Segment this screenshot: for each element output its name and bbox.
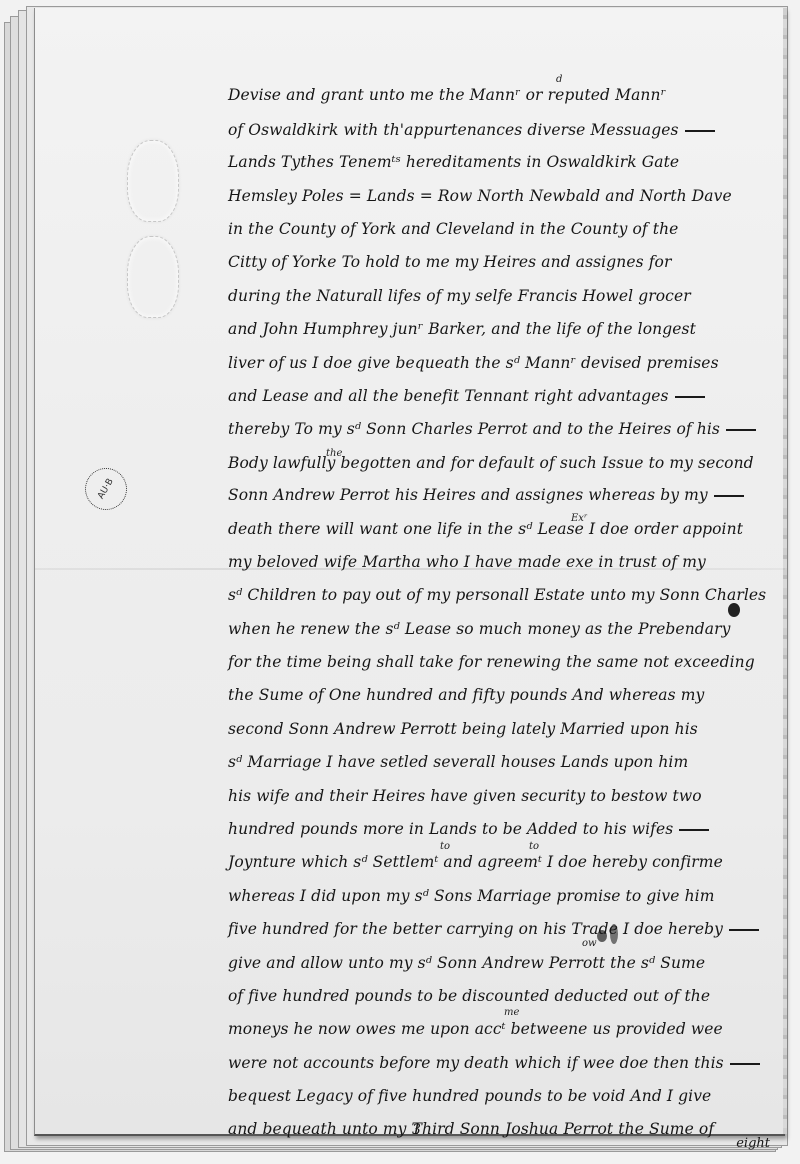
catchword: eight xyxy=(736,1136,770,1151)
page-number: 3 xyxy=(412,1122,421,1138)
interlinear-insertion: to xyxy=(529,841,539,852)
manuscript-line-text: Joynture which sᵈ Settlemᵗ and agreemᵗ I… xyxy=(228,853,723,871)
interlinear-insertion: me xyxy=(504,1007,519,1018)
manuscript-line: Sonn Andrew Perrot his Heires and assign… xyxy=(228,488,788,504)
manuscript-line-text: Body lawfully begotten and for default o… xyxy=(228,454,754,472)
manuscript-line-text: his wife and their Heires have given sec… xyxy=(228,787,702,805)
manuscript-line-text: Sonn Andrew Perrot his Heires and assign… xyxy=(228,486,708,504)
line-filler-dash xyxy=(729,929,759,931)
library-stamp-icon: AU·B xyxy=(77,460,134,517)
line-filler-dash xyxy=(675,396,705,398)
manuscript-line-text: during the Naturall lifes of my selfe Fr… xyxy=(228,287,691,305)
manuscript-line-text: and bequeath unto my Third Sonn Joshua P… xyxy=(228,1120,714,1138)
manuscript-line: Lands Tythes Tenemᵗˢ hereditaments in Os… xyxy=(228,155,788,171)
interlinear-insertion: ow xyxy=(582,938,597,949)
line-filler-dash xyxy=(679,829,709,831)
manuscript-line-text: of Oswaldkirk with th'appurtenances dive… xyxy=(228,121,679,139)
manuscript-line: Body lawfully begotten and for default o… xyxy=(228,456,788,472)
manuscript-line: Devise and grant unto me the Mannʳ or re… xyxy=(228,88,788,104)
manuscript-line-text: death there will want one life in the sᵈ… xyxy=(228,520,743,538)
embossed-seal-icon xyxy=(127,236,179,318)
manuscript-line-text: hundred pounds more in Lands to be Added… xyxy=(228,820,673,838)
manuscript-line-text: and Lease and all the benefit Tennant ri… xyxy=(228,387,669,405)
manuscript-line: bequest Legacy of five hundred pounds to… xyxy=(228,1089,788,1105)
manuscript-line: Citty of Yorke To hold to me my Heires a… xyxy=(228,255,788,271)
manuscript-line-text: five hundred for the better carrying on … xyxy=(228,920,723,938)
manuscript-line-text: the Sume of One hundred and fifty pounds… xyxy=(228,686,704,704)
manuscript-line: Hemsley Poles = Lands = Row North Newbal… xyxy=(228,189,788,205)
line-filler-dash xyxy=(730,1063,760,1065)
manuscript-line-text: for the time being shall take for renewi… xyxy=(228,653,755,671)
manuscript-line-text: Citty of Yorke To hold to me my Heires a… xyxy=(228,253,671,271)
manuscript-line-text: of five hundred pounds to be discounted … xyxy=(228,987,710,1005)
manuscript-line-text: give and allow unto my sᵈ Sonn Andrew Pe… xyxy=(228,954,705,972)
manuscript-line: sᵈ Children to pay out of my personall E… xyxy=(228,588,788,604)
interlinear-insertion: the xyxy=(326,448,342,459)
manuscript-line: were not accounts before my death which … xyxy=(228,1056,788,1072)
manuscript-line: and John Humphrey junʳ Barker, and the l… xyxy=(228,322,788,338)
manuscript-line: hundred pounds more in Lands to be Added… xyxy=(228,822,788,838)
manuscript-line-text: liver of us I doe give bequeath the sᵈ M… xyxy=(228,354,719,372)
line-filler-dash xyxy=(714,495,744,497)
manuscript-line: sᵈ Marriage I have setled severall house… xyxy=(228,755,788,771)
manuscript-line: in the County of York and Cleveland in t… xyxy=(228,222,788,238)
manuscript-line: his wife and their Heires have given sec… xyxy=(228,789,788,805)
manuscript-line: give and allow unto my sᵈ Sonn Andrew Pe… xyxy=(228,956,788,972)
manuscript-line: death there will want one life in the sᵈ… xyxy=(228,522,788,538)
manuscript-line-text: in the County of York and Cleveland in t… xyxy=(228,220,678,238)
manuscript-line-text: whereas I did upon my sᵈ Sons Marriage p… xyxy=(228,887,715,905)
manuscript-line: of Oswaldkirk with th'appurtenances dive… xyxy=(228,123,788,139)
manuscript-line: for the time being shall take for renewi… xyxy=(228,655,788,671)
manuscript-line: when he renew the sᵈ Lease so much money… xyxy=(228,622,788,638)
manuscript-line: whereas I did upon my sᵈ Sons Marriage p… xyxy=(228,889,788,905)
manuscript-line: my beloved wife Martha who I have made e… xyxy=(228,555,788,571)
manuscript-line-text: and John Humphrey junʳ Barker, and the l… xyxy=(228,320,696,338)
manuscript-line: liver of us I doe give bequeath the sᵈ M… xyxy=(228,356,788,372)
manuscript-line: the Sume of One hundred and fifty pounds… xyxy=(228,688,788,704)
manuscript-line-text: Hemsley Poles = Lands = Row North Newbal… xyxy=(228,187,732,205)
manuscript-line: of five hundred pounds to be discounted … xyxy=(228,989,788,1005)
manuscript-line-text: sᵈ Children to pay out of my personall E… xyxy=(228,586,766,604)
manuscript-line: moneys he now owes me upon accᵗ betweene… xyxy=(228,1022,788,1038)
manuscript-line-text: my beloved wife Martha who I have made e… xyxy=(228,553,706,571)
line-filler-dash xyxy=(726,429,756,431)
manuscript-line-text: thereby To my sᵈ Sonn Charles Perrot and… xyxy=(228,420,720,438)
line-filler-dash xyxy=(685,130,715,132)
manuscript-line: second Sonn Andrew Perrott being lately … xyxy=(228,722,788,738)
manuscript-line-text: were not accounts before my death which … xyxy=(228,1054,724,1072)
manuscript-line-text: Lands Tythes Tenemᵗˢ hereditaments in Os… xyxy=(228,153,679,171)
manuscript-line: five hundred for the better carrying on … xyxy=(228,922,788,938)
manuscript-line: Joynture which sᵈ Settlemᵗ and agreemᵗ I… xyxy=(228,855,788,871)
interlinear-insertion: Exʳ xyxy=(571,513,587,524)
interlinear-insertion: d xyxy=(556,74,562,85)
interlinear-insertion: to xyxy=(440,841,450,852)
manuscript-line-text: moneys he now owes me upon accᵗ betweene… xyxy=(228,1020,723,1038)
manuscript-line-text: bequest Legacy of five hundred pounds to… xyxy=(228,1087,711,1105)
manuscript-line-text: when he renew the sᵈ Lease so much money… xyxy=(228,620,731,638)
embossed-seal-icon xyxy=(127,140,179,222)
manuscript-line-text: second Sonn Andrew Perrott being lately … xyxy=(228,720,698,738)
manuscript-line: thereby To my sᵈ Sonn Charles Perrot and… xyxy=(228,422,788,438)
manuscript-line: and bequeath unto my Third Sonn Joshua P… xyxy=(228,1122,788,1138)
ink-blot xyxy=(728,603,740,617)
manuscript-line: during the Naturall lifes of my selfe Fr… xyxy=(228,289,788,305)
manuscript-line-text: sᵈ Marriage I have setled severall house… xyxy=(228,753,688,771)
manuscript-line-text: Devise and grant unto me the Mannʳ or re… xyxy=(228,86,666,104)
manuscript-line: and Lease and all the benefit Tennant ri… xyxy=(228,389,788,405)
